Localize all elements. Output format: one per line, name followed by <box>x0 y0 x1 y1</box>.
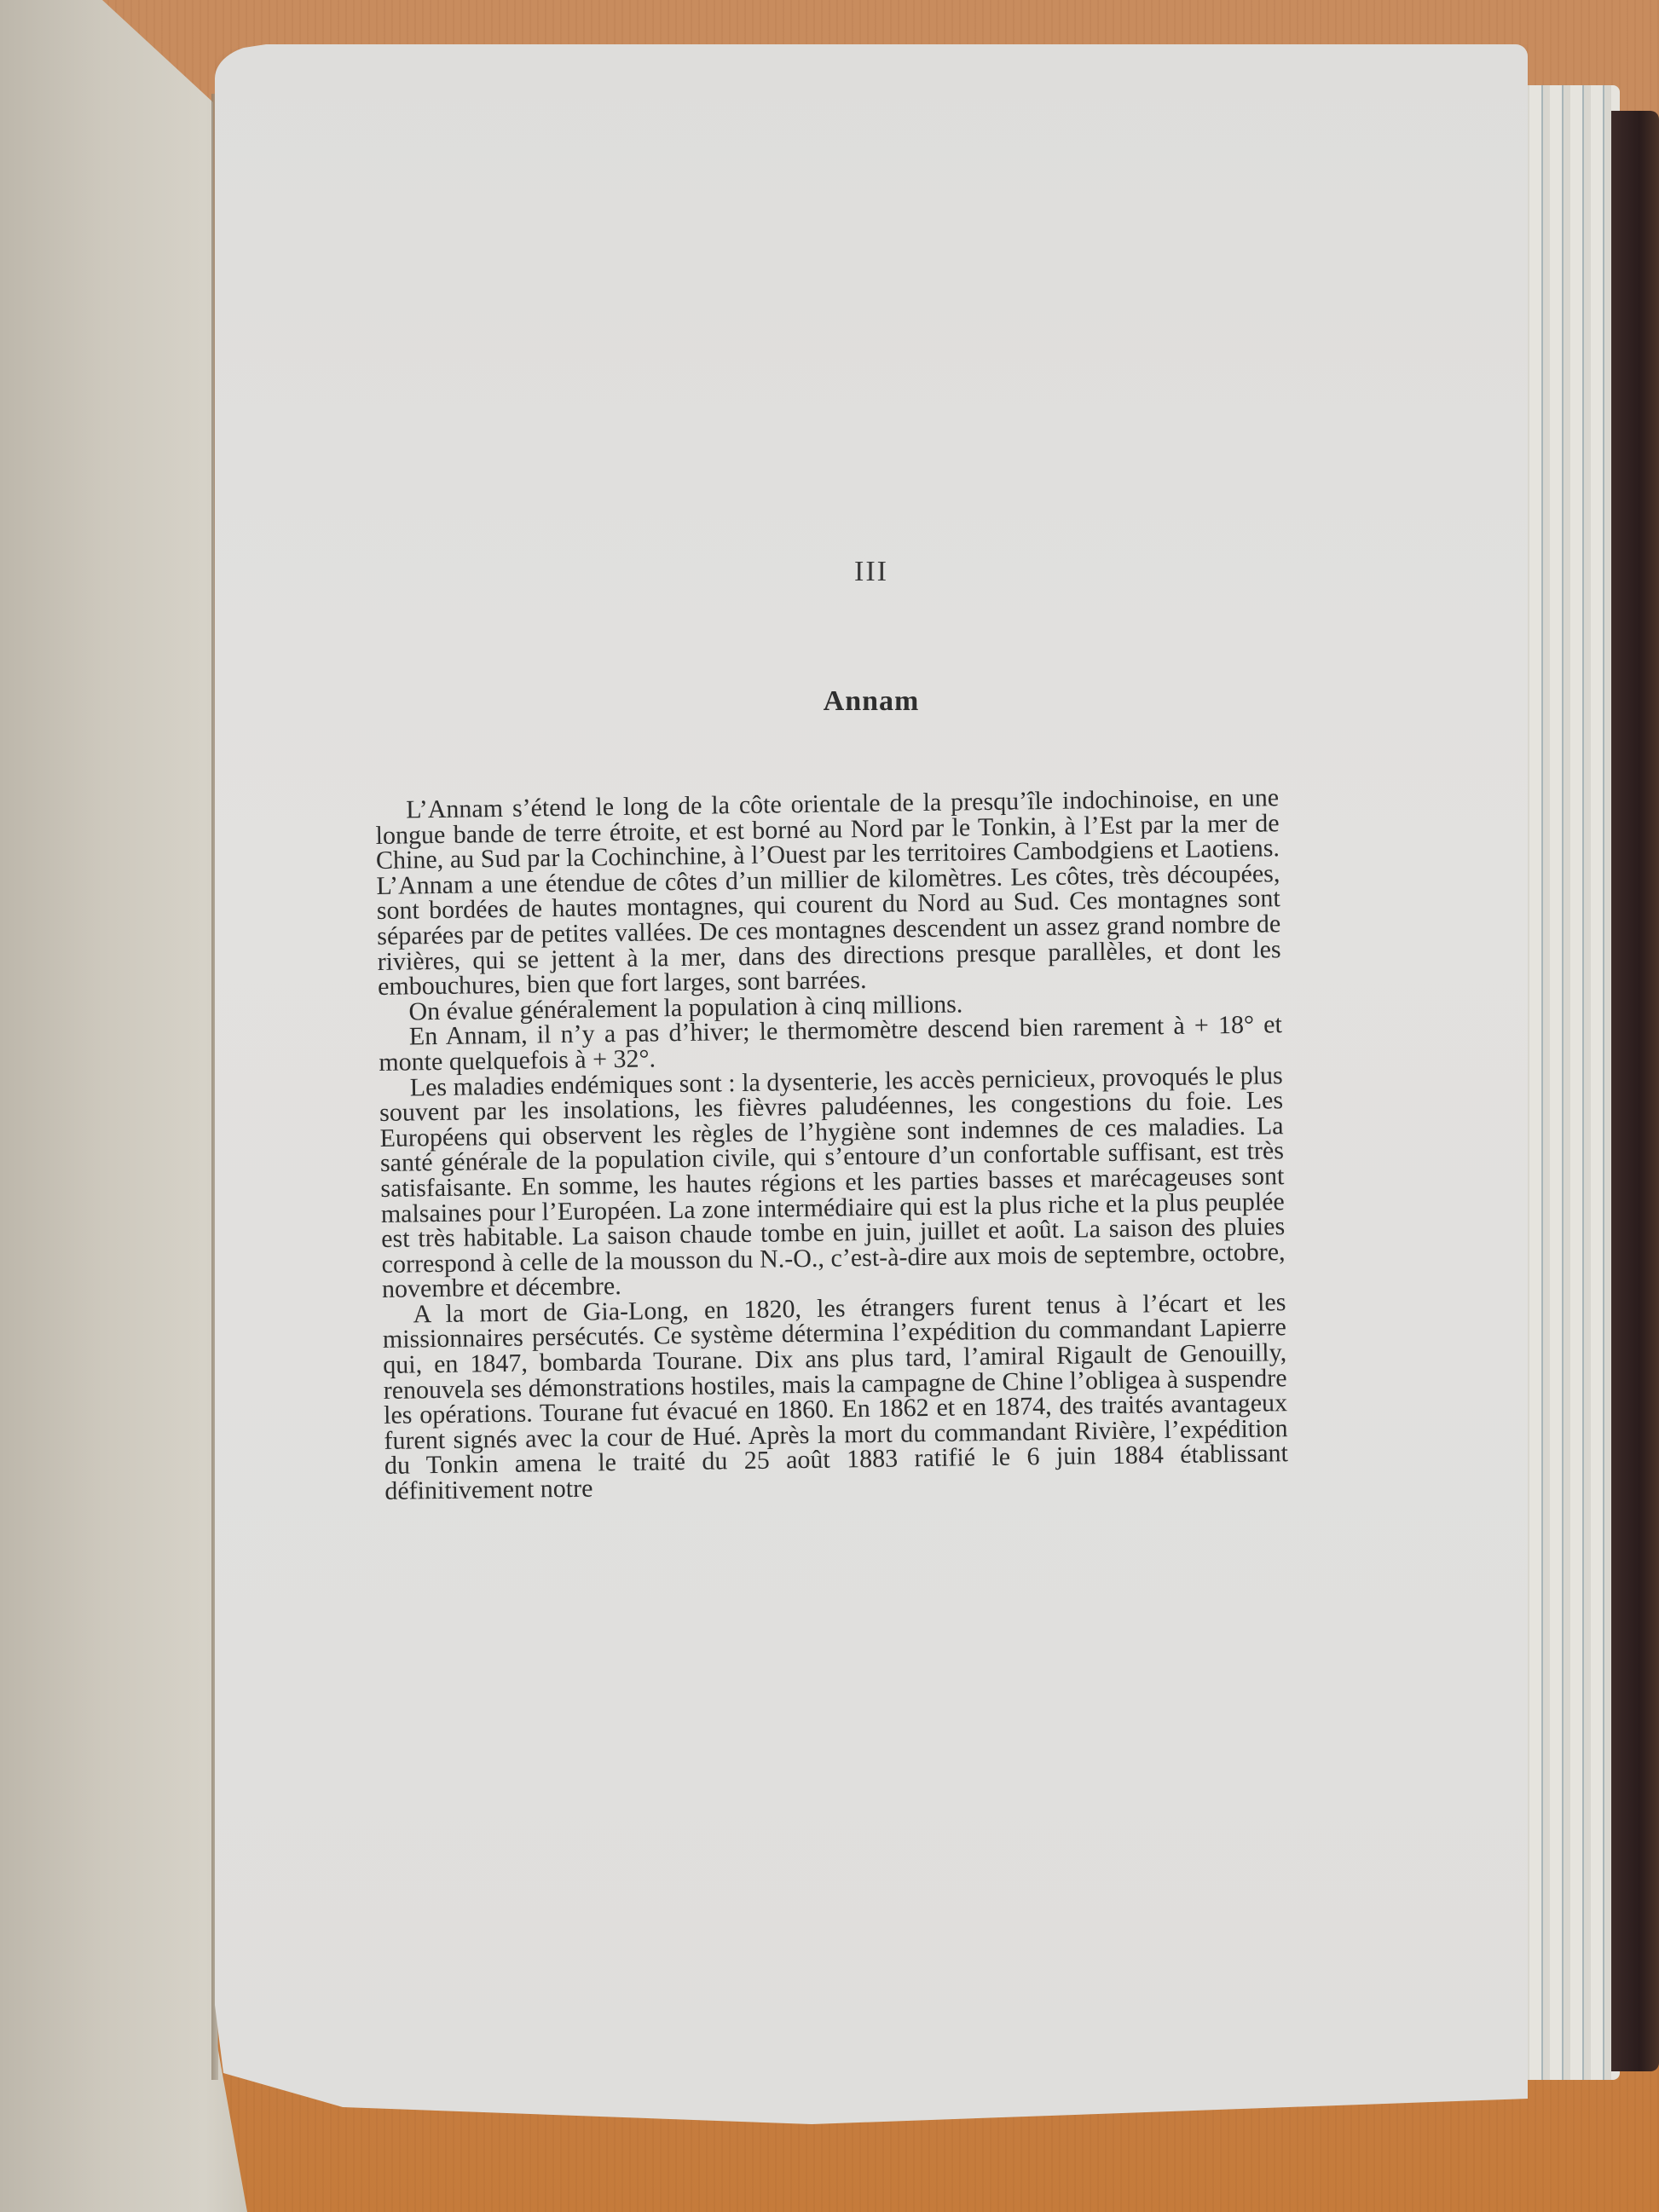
right-page: III Annam L’Annam s’étend le long de la … <box>215 44 1528 2124</box>
body-text: L’Annam s’étend le long de la côte orien… <box>375 785 1288 1504</box>
chapter-number: III <box>215 556 1528 588</box>
chapter-title: Annam <box>215 685 1528 718</box>
paragraph-diseases: Les maladies endémiques sont : la dysent… <box>379 1063 1286 1302</box>
paragraph-history: A la mort de Gia-Long, en 1820, les étra… <box>382 1290 1288 1505</box>
paragraph-geography: L’Annam s’étend le long de la côte orien… <box>375 785 1281 1000</box>
book-cover-edge <box>1611 111 1659 2071</box>
